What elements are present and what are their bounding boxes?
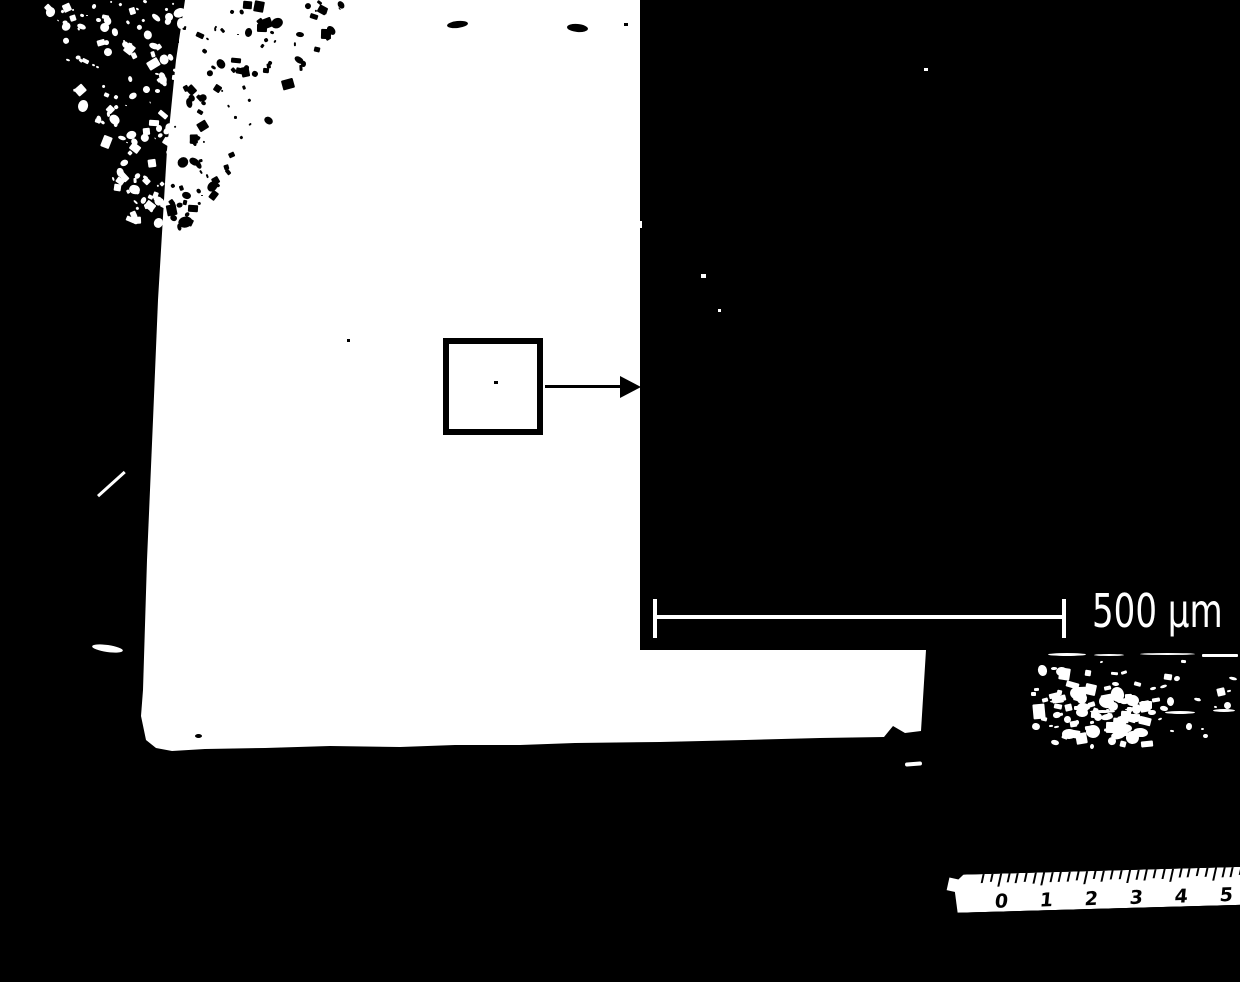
noise-speck	[165, 149, 173, 157]
noise-speck	[96, 65, 99, 68]
noise-speck	[1084, 670, 1090, 676]
noise-speck	[56, 19, 58, 21]
noise-speck	[1201, 728, 1204, 731]
noise-speck	[109, 1, 112, 4]
noise-speck	[86, 15, 88, 16]
noise-speck	[1084, 683, 1097, 696]
noise-speck	[102, 85, 106, 89]
noise-speck	[62, 36, 70, 44]
noise-speck	[1037, 664, 1048, 677]
scale-bar-label: 500 µm	[1092, 588, 1223, 634]
noise-speck	[113, 121, 117, 127]
noise-speck	[248, 123, 252, 127]
noise-speck	[1084, 725, 1091, 730]
noise-speck	[176, 155, 191, 170]
noise-speck	[1048, 653, 1086, 656]
noise-speck	[1094, 654, 1124, 656]
noise-speck	[1051, 667, 1057, 670]
noise-speck	[243, 0, 252, 9]
noise-speck	[263, 38, 269, 43]
noise-speck	[239, 9, 245, 16]
noise-speck	[73, 84, 86, 97]
noise-speck	[215, 58, 227, 71]
noise-speck	[280, 78, 294, 91]
inset-particle-dot	[718, 309, 721, 312]
noise-speck	[135, 7, 138, 10]
ruler-tick	[1178, 868, 1182, 877]
noise-speck	[313, 46, 320, 53]
noise-speck	[1064, 703, 1073, 712]
noise-speck	[171, 75, 176, 81]
noise-speck	[195, 120, 209, 133]
noise-speck	[1057, 713, 1063, 717]
noise-speck	[136, 206, 140, 210]
noise-speck	[317, 4, 329, 15]
ruler-strip: 0 1 2 3 4 5	[954, 866, 1240, 912]
topleft-noise-texture	[0, 0, 400, 260]
noise-speck	[195, 188, 202, 195]
noise-speck	[157, 185, 159, 187]
noise-speck	[92, 64, 95, 67]
noise-speck	[1040, 716, 1047, 722]
noise-speck	[1058, 667, 1071, 681]
noise-speck	[136, 24, 143, 31]
noise-speck	[263, 115, 274, 126]
sem-inset: 500 µm	[640, 0, 1240, 650]
roi-center-dot	[494, 381, 498, 384]
dust-speck	[624, 23, 628, 26]
noise-speck	[170, 184, 175, 189]
inset-edge-notch	[639, 221, 642, 228]
ruler-tick	[1110, 870, 1114, 879]
roi-box	[443, 338, 543, 435]
noise-speck	[273, 21, 277, 25]
noise-speck	[101, 120, 106, 124]
noise-speck	[294, 42, 296, 46]
ruler-tick	[1093, 871, 1097, 879]
inset-particle-dot	[701, 274, 706, 278]
noise-speck	[1049, 725, 1053, 727]
noise-speck	[1140, 653, 1195, 655]
noise-speck	[1054, 703, 1063, 709]
noise-speck	[273, 40, 276, 44]
noise-speck	[62, 20, 67, 24]
noise-speck	[1165, 711, 1195, 714]
noise-speck	[245, 28, 254, 38]
noise-speck	[221, 89, 224, 92]
noise-speck	[125, 104, 128, 106]
noise-speck	[1034, 688, 1039, 691]
noise-speck	[1091, 711, 1098, 719]
noise-speck	[125, 19, 130, 24]
noise-speck	[80, 13, 85, 18]
noise-speck	[141, 19, 145, 23]
noise-speck	[1141, 701, 1152, 709]
noise-speck	[248, 98, 252, 102]
noise-speck	[100, 135, 113, 149]
noise-speck	[1186, 722, 1193, 730]
noise-speck	[73, 88, 75, 91]
noise-speck	[1229, 676, 1237, 681]
noise-speck	[76, 27, 80, 31]
ruler-ticks	[954, 866, 1240, 874]
ruler-tick	[989, 874, 993, 882]
noise-speck	[1141, 741, 1153, 748]
ruler-tick	[1049, 872, 1054, 882]
ruler: 0 1 2 3 4 5	[947, 849, 1240, 922]
noise-speck	[155, 88, 161, 92]
inset-particle-dot	[924, 68, 928, 71]
noise-speck	[1133, 682, 1140, 688]
noise-speck	[207, 70, 214, 76]
ruler-number: 2	[1079, 890, 1103, 910]
callout-arrow-icon	[620, 376, 641, 398]
noise-speck	[150, 12, 161, 23]
noise-speck	[1213, 709, 1235, 712]
ruler-tick	[1204, 868, 1208, 877]
noise-speck	[69, 14, 77, 21]
noise-speck	[263, 68, 269, 74]
noise-speck	[97, 39, 106, 47]
right-reflective-texture	[1030, 640, 1240, 750]
noise-speck	[220, 28, 226, 34]
dust-speck	[195, 734, 202, 738]
ruler-tick	[1024, 873, 1028, 882]
noise-speck	[239, 135, 243, 139]
noise-speck	[1173, 675, 1181, 682]
noise-speck	[133, 200, 138, 205]
noise-speck	[1075, 732, 1087, 745]
ruler-tick	[1169, 869, 1174, 882]
noise-speck	[1202, 654, 1238, 657]
ruler-tick	[981, 874, 985, 883]
figure-canvas: 500 µm 0 1 2 3 4 5	[0, 0, 1240, 982]
ruler-tick	[1161, 869, 1165, 879]
noise-speck	[203, 141, 206, 143]
noise-speck	[1090, 744, 1095, 749]
noise-speck	[1054, 725, 1059, 728]
noise-speck	[269, 30, 274, 35]
noise-speck	[128, 76, 133, 83]
noise-speck	[253, 0, 265, 13]
ruler-tick	[1032, 873, 1037, 884]
noise-speck	[181, 191, 192, 200]
noise-speck	[211, 65, 217, 70]
noise-speck	[1170, 730, 1174, 733]
noise-speck	[1167, 697, 1174, 706]
noise-speck	[1203, 734, 1208, 738]
noise-speck	[1129, 713, 1140, 720]
noise-speck	[119, 158, 129, 167]
ruler-tick	[1101, 871, 1106, 882]
noise-speck	[234, 116, 238, 119]
ruler-tick	[1212, 867, 1217, 880]
noise-speck	[152, 217, 164, 230]
noise-speck	[228, 151, 236, 158]
ruler-number: 0	[989, 892, 1013, 912]
noise-speck	[300, 60, 306, 67]
noise-speck	[177, 18, 186, 29]
noise-speck	[188, 204, 199, 212]
ruler-tick	[1196, 868, 1200, 876]
ruler-tick	[1230, 867, 1235, 877]
noise-speck	[142, 85, 151, 94]
noise-speck	[1104, 728, 1112, 733]
noise-speck	[237, 34, 239, 35]
noise-speck	[1111, 672, 1118, 676]
noise-speck	[1125, 730, 1139, 744]
noise-speck	[206, 37, 210, 40]
noise-speck	[1111, 682, 1119, 687]
noise-speck	[1227, 690, 1232, 693]
noise-speck	[1158, 717, 1162, 720]
ruler-tick	[1126, 870, 1131, 883]
noise-speck	[179, 185, 184, 191]
noise-speck	[1160, 684, 1167, 689]
noise-speck	[1031, 692, 1036, 696]
noise-speck	[202, 48, 208, 54]
noise-speck	[113, 184, 121, 192]
noise-speck	[1112, 717, 1125, 729]
scratch-mark	[97, 471, 125, 497]
noise-speck	[96, 115, 102, 123]
noise-speck	[147, 159, 156, 168]
noise-speck	[251, 70, 259, 78]
noise-speck	[128, 91, 138, 100]
ruler-tick	[1153, 869, 1157, 878]
noise-speck	[295, 31, 303, 37]
noise-speck	[226, 105, 229, 109]
noise-speck	[197, 109, 204, 116]
noise-speck	[304, 2, 312, 10]
noise-speck	[103, 92, 109, 98]
noise-speck	[176, 202, 183, 208]
ruler-tick	[1221, 867, 1226, 877]
dust-speck	[347, 339, 350, 342]
noise-speck	[1180, 660, 1185, 664]
noise-speck	[176, 65, 183, 73]
noise-speck	[157, 132, 164, 139]
ruler-number: 3	[1124, 888, 1148, 908]
noise-speck	[126, 142, 128, 144]
noise-speck	[130, 52, 137, 59]
noise-speck	[215, 25, 218, 28]
noise-speck	[1100, 713, 1113, 721]
reflection-blob	[92, 643, 124, 654]
noise-speck	[91, 4, 97, 10]
noise-speck	[159, 181, 165, 187]
noise-speck	[1050, 739, 1059, 746]
small-dash-mark	[905, 761, 922, 766]
noise-speck	[1125, 693, 1133, 700]
noise-speck	[171, 2, 174, 5]
ruler-tick	[1187, 868, 1191, 877]
noise-speck	[223, 164, 229, 170]
noise-speck	[195, 32, 205, 40]
noise-speck	[260, 44, 264, 49]
noise-speck	[1149, 686, 1155, 690]
noise-speck	[1100, 661, 1103, 664]
ruler-tick	[1083, 871, 1088, 884]
scale-bar-right-cap	[1062, 599, 1066, 638]
noise-speck	[118, 2, 122, 6]
noise-speck	[1070, 721, 1078, 728]
noise-speck	[102, 14, 110, 19]
noise-speck	[1120, 740, 1127, 747]
ruler-number: 5	[1214, 886, 1238, 906]
noise-speck	[200, 100, 206, 106]
ruler-number: 1	[1034, 891, 1058, 911]
ruler-tick	[997, 873, 1002, 886]
ruler-tick	[1007, 873, 1011, 882]
noise-speck	[1152, 697, 1160, 702]
noise-speck	[1216, 687, 1225, 696]
noise-speck	[142, 30, 152, 41]
ruler-tick	[1040, 872, 1045, 885]
noise-speck	[1214, 706, 1218, 708]
noise-speck	[242, 85, 246, 90]
ruler-tick	[1058, 872, 1063, 882]
noise-speck	[1117, 699, 1122, 703]
ruler-tick	[1075, 871, 1079, 880]
noise-speck	[154, 137, 156, 140]
noise-speck	[183, 200, 188, 205]
noise-speck	[197, 201, 200, 205]
scale-bar	[654, 615, 1066, 619]
ruler-tick	[1144, 869, 1149, 880]
noise-speck	[1041, 697, 1048, 702]
noise-speck	[111, 28, 119, 37]
noise-speck	[76, 99, 89, 114]
noise-speck	[1164, 673, 1173, 680]
noise-speck	[1090, 721, 1094, 725]
noise-speck	[205, 174, 209, 179]
noise-speck	[66, 59, 70, 62]
noise-speck	[199, 170, 203, 174]
noise-speck	[157, 109, 168, 119]
noise-speck	[148, 120, 159, 127]
noise-speck	[1121, 670, 1128, 675]
noise-speck	[1148, 710, 1156, 716]
ruler-tick	[1118, 870, 1122, 879]
noise-speck	[231, 57, 242, 63]
noise-speck	[230, 10, 236, 16]
noise-speck	[1056, 690, 1062, 696]
noise-speck	[149, 102, 151, 105]
callout-arrow-shaft	[545, 385, 623, 388]
noise-speck	[143, 0, 148, 4]
ruler-tick	[1015, 873, 1020, 883]
noise-speck	[96, 17, 101, 22]
ruler-tick	[1067, 872, 1072, 883]
noise-speck	[1193, 697, 1200, 702]
ruler-number: 4	[1169, 887, 1193, 907]
ruler-tick	[1135, 870, 1140, 880]
noise-speck	[113, 95, 118, 100]
noise-speck	[310, 13, 319, 20]
noise-speck	[165, 8, 169, 12]
noise-speck	[201, 195, 203, 196]
